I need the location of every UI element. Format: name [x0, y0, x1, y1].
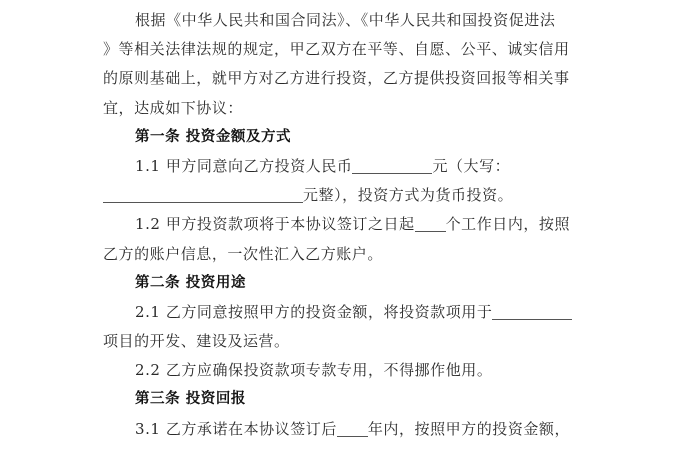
- working-days-blank-field[interactable]: [415, 216, 446, 232]
- clause-2-1-cont: 项目的开发、建设及运营。: [103, 327, 585, 356]
- amount-blank-field[interactable]: [352, 158, 432, 174]
- clause-1-2-text-2: 个工作日内，按照: [446, 215, 570, 233]
- article-1-title: 第一条 投资金额及方式: [103, 123, 585, 152]
- clause-2-2: 2.2 乙方应确保投资款项专款专用，不得挪作他用。: [103, 356, 585, 385]
- preamble-line-1: 根据《中华人民共和国合同法》、《中华人民共和国投资促进法: [103, 6, 585, 35]
- article-2-title: 第二条 投资用途: [103, 269, 585, 298]
- clause-1-2-cont: 乙方的账户信息，一次性汇入乙方账户。: [103, 240, 585, 269]
- clause-2-1-text: 2.1 乙方同意按照甲方的投资金额，将投资款项用于: [135, 303, 492, 321]
- clause-1-2: 1.2 甲方投资款项将于本协议签订之日起个工作日内，按照: [103, 210, 585, 239]
- clause-1-1: 1.1 甲方同意向乙方投资人民币元（大写：: [103, 152, 585, 181]
- clause-1-1-text-3: 元整），投资方式为货币投资。: [303, 186, 513, 204]
- project-name-blank-field[interactable]: [492, 304, 572, 320]
- clause-3-1-text: 3.1 乙方承诺在本协议签订后: [135, 420, 337, 438]
- clause-3-1: 3.1 乙方承诺在本协议签订后年内，按照甲方的投资金额，: [103, 415, 585, 444]
- clause-1-1-text-2: 元（大写：: [432, 157, 510, 175]
- article-3-title: 第三条 投资回报: [103, 385, 585, 414]
- years-blank-field[interactable]: [337, 421, 368, 437]
- preamble-line-3: 的原则基础上，就甲方对乙方进行投资，乙方提供投资回报等相关事: [103, 64, 585, 93]
- clause-3-1-text-2: 年内，按照甲方的投资金额，: [368, 420, 570, 438]
- preamble-line-2: 》等相关法律法规的规定，甲乙双方在平等、自愿、公平、诚实信用: [103, 35, 585, 64]
- contract-document: 根据《中华人民共和国合同法》、《中华人民共和国投资促进法 》等相关法律法规的规定…: [103, 6, 585, 444]
- clause-1-2-text: 1.2 甲方投资款项将于本协议签订之日起: [135, 215, 415, 233]
- amount-in-words-blank-field[interactable]: [103, 187, 303, 203]
- clause-1-1-text: 1.1 甲方同意向乙方投资人民币: [135, 157, 352, 175]
- clause-2-1: 2.1 乙方同意按照甲方的投资金额，将投资款项用于: [103, 298, 585, 327]
- clause-1-1-cont: 元整），投资方式为货币投资。: [103, 181, 585, 210]
- preamble-line-4: 宜，达成如下协议：: [103, 94, 585, 123]
